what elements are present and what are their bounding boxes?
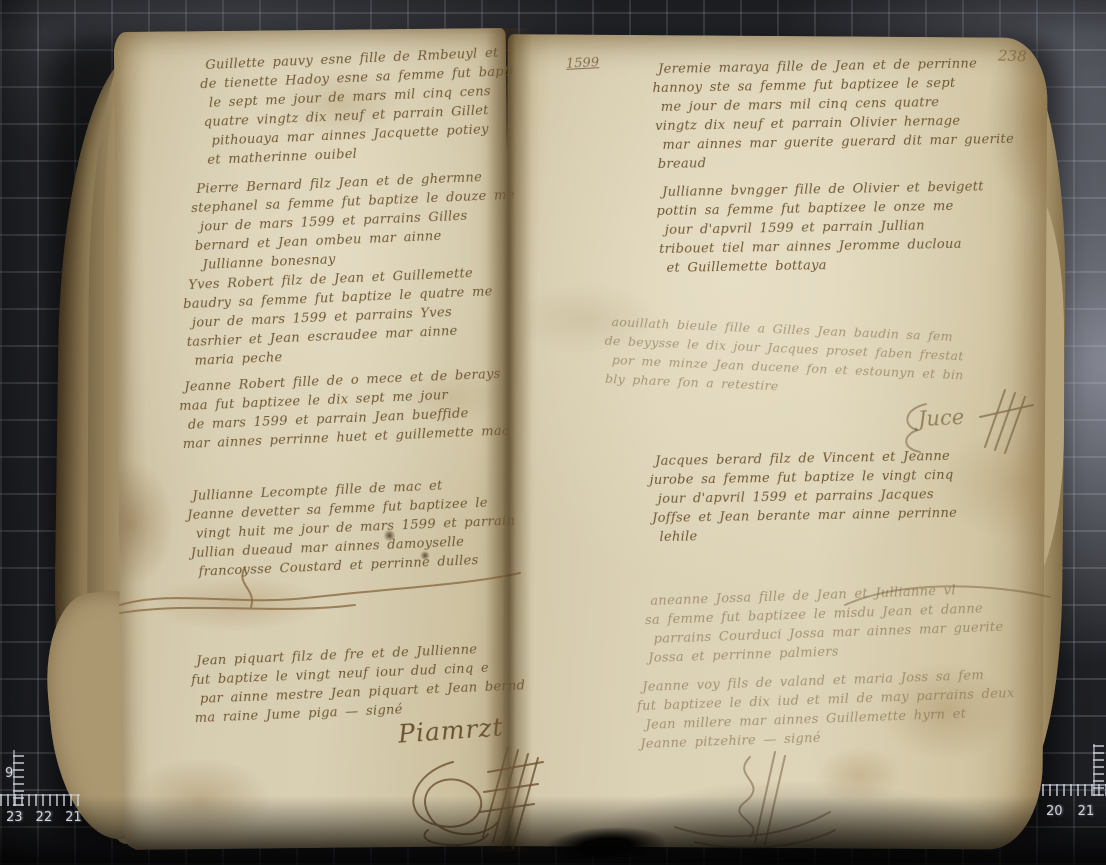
baptism-entry-faint: Jeanne voy fils de valand et maria Joss … <box>642 665 1016 754</box>
year-note: 1599 <box>566 55 600 72</box>
baptism-entry: Jacques berard filz de Vincent et Jeanne… <box>655 447 958 547</box>
ruler-label: 21 <box>1078 804 1095 819</box>
ruler-label: 22 <box>36 810 53 825</box>
signature-flourish-icon <box>358 742 588 857</box>
ruler-labels-bottom-right: 20 21 22 <box>1046 804 1106 819</box>
baptism-entry: Jullianne bvngger fille de Olivier et be… <box>662 177 985 278</box>
ruler-label: 21 <box>65 810 82 825</box>
baptism-entry: Guillette pauvy esne fille de Rmbeuyl et… <box>205 43 518 170</box>
ink-swash <box>840 575 1055 615</box>
archival-photo-grid-mat: 1599 238 Guillette pauvy esne fille de R… <box>0 0 1106 865</box>
ruler-vertical-right <box>1093 744 1104 796</box>
baptism-entry: Yves Robert filz de Jean et Guillemetteb… <box>188 263 495 371</box>
ruler-label: 20 <box>1046 804 1063 819</box>
ruler-ticks-bottom-left <box>0 794 80 806</box>
baptism-entry: Pierre Bernard filz Jean et de ghermnest… <box>196 167 517 275</box>
signature-flourish-icon <box>975 385 1045 460</box>
ruler-label: 23 <box>6 810 23 825</box>
baptism-entry: Jeanne Robert fille de o mece et de bera… <box>184 364 510 453</box>
signature-flourish-icon <box>655 742 845 852</box>
ruler-label: 9 <box>5 766 13 781</box>
baptism-entry: Jullianne Lecompte fille de mac etJeanne… <box>192 474 517 582</box>
baptism-entry: Jeremie maraya fille de Jean et de perri… <box>658 54 1015 174</box>
baptism-entry-faint: aouillath bieule fille a Gilles Jean bau… <box>609 312 966 403</box>
ruler-labels-bottom-left: 23 22 21 <box>6 810 82 825</box>
ink-swash <box>896 400 936 455</box>
